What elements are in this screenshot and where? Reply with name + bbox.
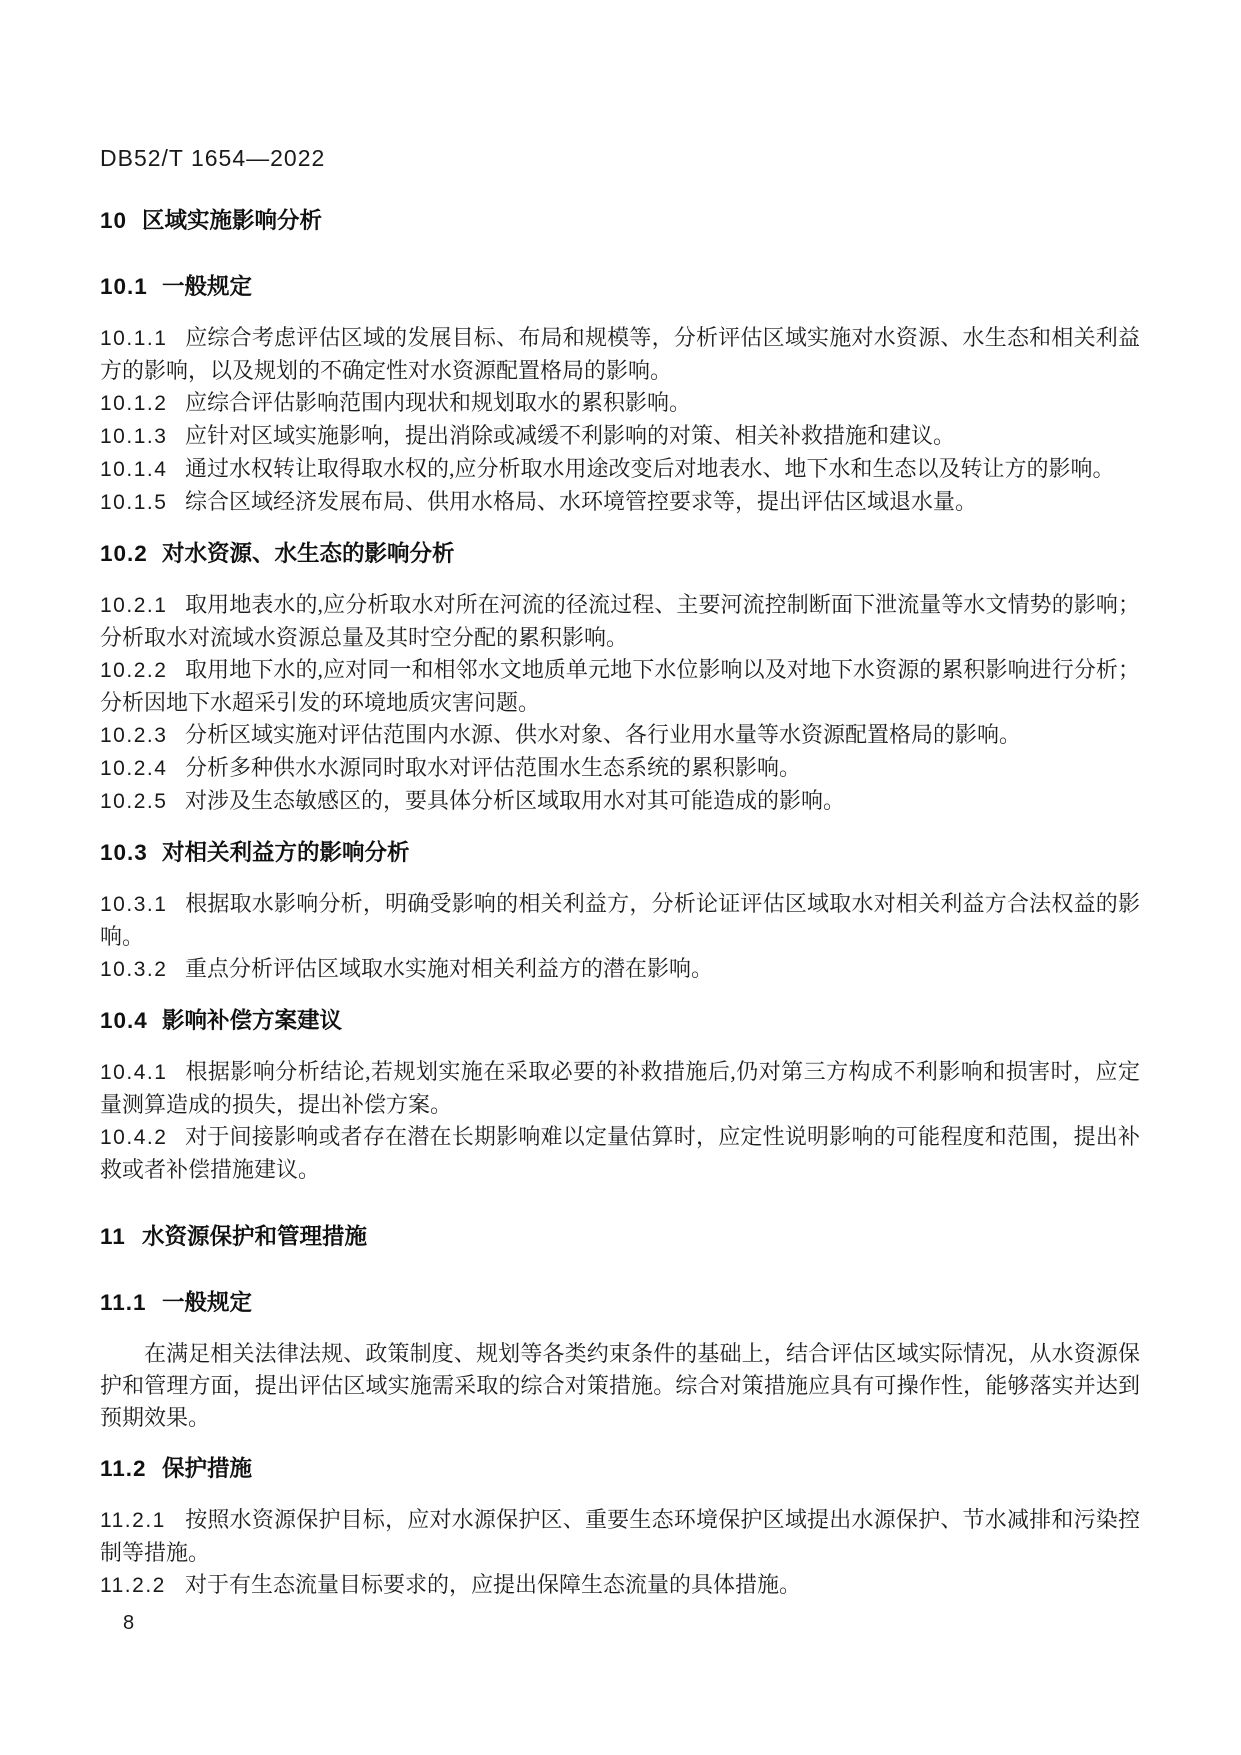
section-heading: 10区域实施影响分析 [100,206,1140,236]
clause-number: 10.3.2 [100,954,171,986]
subsection-heading: 10.4影响补偿方案建议 [100,1006,1140,1036]
heading-number: 10.4 [100,1006,154,1036]
subsection-heading: 11.2保护措施 [100,1454,1140,1484]
clause-number: 10.4.2 [100,1122,171,1154]
heading-number: 11.1 [100,1288,154,1318]
heading-title: 区域实施影响分析 [142,208,322,233]
clause: 10.1.5综合区域经济发展布局、供用水格局、水环境管控要求等，提出评估区域退水… [100,486,1140,519]
clause-text: 按照水资源保护目标，应对水源保护区、重要生态环境保护区域提出水源保护、节水减排和… [100,1507,1140,1565]
clause-number: 10.1.4 [100,454,171,486]
subsection-heading: 11.1一般规定 [100,1288,1140,1318]
standard-number: DB52/T 1654—2022 [100,146,1140,170]
heading-title: 一般规定 [162,1290,252,1315]
clause-number: 10.2.1 [100,590,171,622]
clause-text: 重点分析评估区域取水实施对相关利益方的潜在影响。 [185,956,713,981]
clause-text: 综合区域经济发展布局、供用水格局、水环境管控要求等，提出评估区域退水量。 [185,489,977,514]
document-body: 10区域实施影响分析10.1一般规定10.1.1应综合考虑评估区域的发展目标、布… [100,206,1140,1602]
clause-number: 10.3.1 [100,889,171,921]
clause: 10.2.5对涉及生态敏感区的，要具体分析区域取用水对其可能造成的影响。 [100,785,1140,818]
clause-number: 10.1.2 [100,388,171,420]
clause-number: 10.1.1 [100,323,171,355]
clause: 10.1.3应针对区域实施影响，提出消除或减缓不利影响的对策、相关补救措施和建议… [100,420,1140,453]
clause-number: 10.2.2 [100,655,171,687]
heading-number: 10.2 [100,539,154,569]
clause-text: 对涉及生态敏感区的，要具体分析区域取用水对其可能造成的影响。 [185,788,845,813]
clause-number: 10.1.5 [100,487,171,519]
heading-title: 保护措施 [162,1456,252,1481]
heading-title: 影响补偿方案建议 [162,1008,342,1033]
heading-title: 一般规定 [162,274,252,299]
heading-number: 11 [100,1222,134,1252]
page-number: 8 [100,1610,1140,1636]
clause: 10.1.4通过水权转让取得取水权的,应分析取水用途改变后对地表水、地下水和生态… [100,453,1140,486]
clause-text: 应针对区域实施影响，提出消除或减缓不利影响的对策、相关补救措施和建议。 [185,423,955,448]
clause-number: 11.2.1 [100,1505,171,1537]
clause: 10.2.3分析区域实施对评估范围内水源、供水对象、各行业用水量等水资源配置格局… [100,719,1140,752]
heading-title: 对相关利益方的影响分析 [162,840,410,865]
clause: 10.1.1应综合考虑评估区域的发展目标、布局和规模等，分析评估区域实施对水资源… [100,322,1140,387]
clause-text: 通过水权转让取得取水权的,应分析取水用途改变后对地表水、地下水和生态以及转让方的… [185,456,1115,481]
clause-text: 取用地下水的,应对同一和相邻水文地质单元地下水位影响以及对地下水资源的累积影响进… [100,657,1140,715]
clause: 10.4.1根据影响分析结论,若规划实施在采取必要的补救措施后,仍对第三方构成不… [100,1056,1140,1121]
clause: 11.2.2对于有生态流量目标要求的，应提出保障生态流量的具体措施。 [100,1569,1140,1602]
paragraph: 在满足相关法律法规、政策制度、规划等各类约束条件的基础上，结合评估区域实际情况，… [100,1338,1140,1434]
subsection-heading: 10.2对水资源、水生态的影响分析 [100,539,1140,569]
subsection-heading: 10.3对相关利益方的影响分析 [100,838,1140,868]
section-heading: 11水资源保护和管理措施 [100,1222,1140,1252]
document-page: DB52/T 1654—2022 10区域实施影响分析10.1一般规定10.1.… [0,0,1241,1755]
clause: 10.2.4分析多种供水水源同时取水对评估范围水生态系统的累积影响。 [100,752,1140,785]
clause-number: 10.2.5 [100,786,171,818]
heading-title: 对水资源、水生态的影响分析 [162,541,455,566]
clause-number: 10.1.3 [100,421,171,453]
clause: 10.3.2重点分析评估区域取水实施对相关利益方的潜在影响。 [100,953,1140,986]
clause: 11.2.1按照水资源保护目标，应对水源保护区、重要生态环境保护区域提出水源保护… [100,1504,1140,1569]
clause-text: 根据取水影响分析，明确受影响的相关利益方，分析论证评估区域取水对相关利益方合法权… [100,891,1140,949]
clause-number: 10.2.3 [100,720,171,752]
clause-text: 应综合考虑评估区域的发展目标、布局和规模等，分析评估区域实施对水资源、水生态和相… [100,325,1140,383]
clause-text: 对于间接影响或者存在潜在长期影响难以定量估算时，应定性说明影响的可能程度和范围，… [100,1124,1140,1182]
heading-number: 10.1 [100,272,154,302]
clause-text: 分析区域实施对评估范围内水源、供水对象、各行业用水量等水资源配置格局的影响。 [185,722,1021,747]
clause: 10.1.2应综合评估影响范围内现状和规划取水的累积影响。 [100,387,1140,420]
heading-number: 11.2 [100,1454,154,1484]
clause-text: 对于有生态流量目标要求的，应提出保障生态流量的具体措施。 [185,1572,801,1597]
clause-number: 10.2.4 [100,753,171,785]
heading-number: 10 [100,206,134,236]
clause-text: 取用地表水的,应分析取水对所在河流的径流过程、主要河流控制断面下泄流量等水文情势… [100,592,1140,650]
clause-text: 应综合评估影响范围内现状和规划取水的累积影响。 [185,390,691,415]
heading-title: 水资源保护和管理措施 [142,1224,367,1249]
clause-number: 11.2.2 [100,1570,171,1602]
subsection-heading: 10.1一般规定 [100,272,1140,302]
clause: 10.2.2取用地下水的,应对同一和相邻水文地质单元地下水位影响以及对地下水资源… [100,654,1140,719]
clause-text: 根据影响分析结论,若规划实施在采取必要的补救措施后,仍对第三方构成不利影响和损害… [100,1059,1140,1117]
heading-number: 10.3 [100,838,154,868]
clause-number: 10.4.1 [100,1057,171,1089]
clause: 10.4.2对于间接影响或者存在潜在长期影响难以定量估算时，应定性说明影响的可能… [100,1121,1140,1186]
clause: 10.2.1取用地表水的,应分析取水对所在河流的径流过程、主要河流控制断面下泄流… [100,589,1140,654]
clause-text: 分析多种供水水源同时取水对评估范围水生态系统的累积影响。 [185,755,801,780]
clause: 10.3.1根据取水影响分析，明确受影响的相关利益方，分析论证评估区域取水对相关… [100,888,1140,953]
